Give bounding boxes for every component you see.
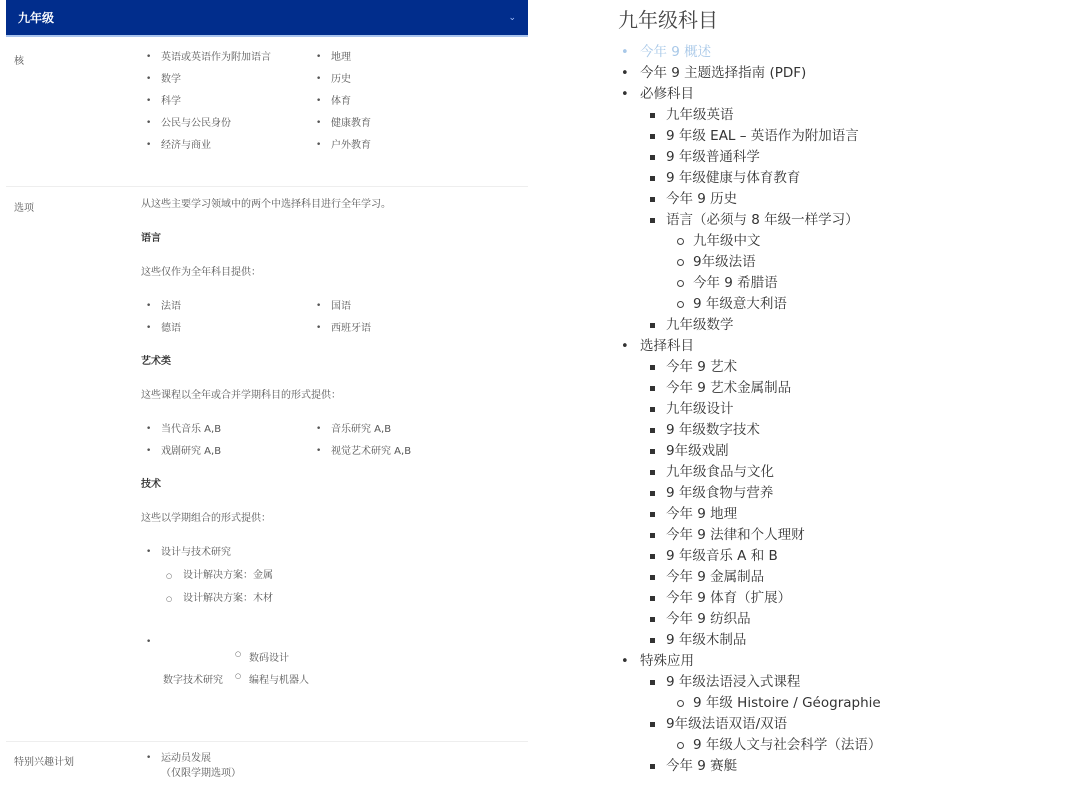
languages-desc: 这些仅作为全年科目提供： (141, 266, 528, 280)
special-note: （仅限学期选项） (141, 765, 528, 782)
list-item: 户外教育 (311, 139, 481, 152)
subject-link[interactable]: 9年级戏剧 (618, 441, 1067, 462)
subject-link[interactable]: 今年 9 地理 (618, 504, 1067, 525)
tech-heading: 技术 (141, 478, 528, 492)
subject-link[interactable]: 九年级食品与文化 (618, 462, 1067, 483)
page-title: 九年级科目 (618, 8, 1067, 42)
options-label: 选项 (14, 199, 34, 214)
subject-link[interactable]: 九年级中文 (618, 231, 1067, 252)
list-item: 经济与商业 (141, 139, 311, 152)
subject-link[interactable]: 今年 9 历史 (618, 189, 1067, 210)
subject-link[interactable]: 9 年级 Histoire / Géographie (618, 693, 1067, 714)
subject-link[interactable]: 9 年级木制品 (618, 630, 1067, 651)
bullet: ○ (235, 650, 241, 658)
bullet: • (146, 637, 151, 647)
subject-link[interactable]: 今年 9 体育（扩展） (618, 588, 1067, 609)
list-item: 历史 (311, 73, 481, 86)
list-item: 科学 (141, 95, 311, 108)
list-item: 地理 (311, 51, 481, 64)
subject-link[interactable]: 9 年级法语浸入式课程 (618, 672, 1067, 693)
subject-link[interactable]: 9 年级数字技术 (618, 420, 1067, 441)
list-item-design-tech: 设计与技术研究 (141, 546, 528, 559)
list-item: 公民与公民身份 (141, 117, 311, 130)
subject-link[interactable]: 今年 9 艺术 (618, 357, 1067, 378)
list-item: 当代音乐 A,B (141, 423, 311, 436)
arts-desc: 这些课程以全年或合并学期科目的形式提供： (141, 389, 528, 403)
subject-link[interactable]: 今年 9 艺术金属制品 (618, 378, 1067, 399)
tech-desc: 这些以学期组合的形式提供： (141, 512, 528, 526)
list-item: 体育 (311, 95, 481, 108)
subject-link[interactable]: 今年 9 法律和个人理财 (618, 525, 1067, 546)
subject-link[interactable]: 9 年级意大利语 (618, 294, 1067, 315)
list-item: 戏剧研究 A,B (141, 445, 311, 458)
list-item: 德语 (141, 322, 311, 335)
options-row: 选项 从这些主要学习领域中的两个中选择科目进行全年学习。 语言 这些仅作为全年科… (6, 187, 528, 742)
core-label: 核 (14, 52, 24, 67)
year9-accordion: 九年级 ⌄ 核 英语或英语作为附加语言 地理 数学 历史 科学 体育 公民与公民… (6, 0, 528, 800)
list-item: 运动员发展 (141, 752, 528, 765)
subject-link[interactable]: 9 年级食物与营养 (618, 483, 1067, 504)
list-item: 视觉艺术研究 A,B (311, 445, 481, 458)
subject-link[interactable]: 选择科目 (618, 336, 1067, 357)
subject-link[interactable]: 今年 9 金属制品 (618, 567, 1067, 588)
year9-subjects-panel: 九年级科目 今年 9 概述今年 9 主题选择指南 (PDF)必修科目九年级英语9… (618, 0, 1067, 777)
subject-link[interactable]: 9 年级普通科学 (618, 147, 1067, 168)
list-item: 国语 (311, 300, 481, 313)
subject-link[interactable]: 9 年级健康与体育教育 (618, 168, 1067, 189)
arts-heading: 艺术类 (141, 355, 528, 369)
subjects-list: 今年 9 概述今年 9 主题选择指南 (PDF)必修科目九年级英语9 年级 EA… (618, 42, 1067, 777)
sub-list-item: 设计解决方案：金属 (141, 569, 528, 582)
subject-link[interactable]: 特殊应用 (618, 651, 1067, 672)
list-item: 数学 (141, 73, 311, 86)
subject-link[interactable]: 今年 9 主题选择指南 (PDF) (618, 63, 1067, 84)
subject-link[interactable]: 今年 9 希腊语 (618, 273, 1067, 294)
subject-link[interactable]: 九年级英语 (618, 105, 1067, 126)
sub-list-item: 编程与机器人 (249, 671, 309, 686)
sub-list-item: 数码设计 (249, 649, 289, 664)
subject-link[interactable]: 9年级法语双语/双语 (618, 714, 1067, 735)
accordion-header[interactable]: 九年级 ⌄ (6, 0, 528, 37)
list-item: 音乐研究 A,B (311, 423, 481, 436)
subject-link[interactable]: 今年 9 赛艇 (618, 756, 1067, 777)
sub-list-item: 设计解决方案：木材 (141, 592, 528, 605)
subject-link[interactable]: 九年级数学 (618, 315, 1067, 336)
list-item: 英语或英语作为附加语言 (141, 51, 311, 64)
options-intro: 从这些主要学习领域中的两个中选择科目进行全年学习。 (141, 198, 528, 212)
bullet: ○ (235, 672, 241, 680)
subject-link[interactable]: 语言（必须与 8 年级一样学习） (618, 210, 1067, 231)
chevron-down-icon[interactable]: ⌄ (508, 13, 516, 23)
special-row: 特别兴趣计划 运动员发展 （仅限学期选项） (6, 742, 528, 800)
list-item: 健康教育 (311, 117, 481, 130)
subject-link[interactable]: 9 年级 EAL – 英语作为附加语言 (618, 126, 1067, 147)
subject-link[interactable]: 今年 9 纺织品 (618, 609, 1067, 630)
list-item: 西班牙语 (311, 322, 481, 335)
core-row: 核 英语或英语作为附加语言 地理 数学 历史 科学 体育 公民与公民身份 健康教… (6, 37, 528, 187)
subject-link[interactable]: 今年 9 概述 (618, 42, 1067, 63)
languages-heading: 语言 (141, 232, 528, 246)
special-label: 特别兴趣计划 (14, 753, 74, 768)
subject-link[interactable]: 9年级法语 (618, 252, 1067, 273)
subject-link[interactable]: 九年级设计 (618, 399, 1067, 420)
accordion-title: 九年级 (18, 9, 54, 26)
digital-tech-label: 数字技术研究 (163, 671, 223, 686)
subject-link[interactable]: 必修科目 (618, 84, 1067, 105)
subject-link[interactable]: 9 年级音乐 A 和 B (618, 546, 1067, 567)
subject-link[interactable]: 9 年级人文与社会科学（法语） (618, 735, 1067, 756)
digital-tech-item: • ○ 数码设计 数字技术研究 ○ 编程与机器人 (141, 643, 528, 683)
list-item: 法语 (141, 300, 311, 313)
